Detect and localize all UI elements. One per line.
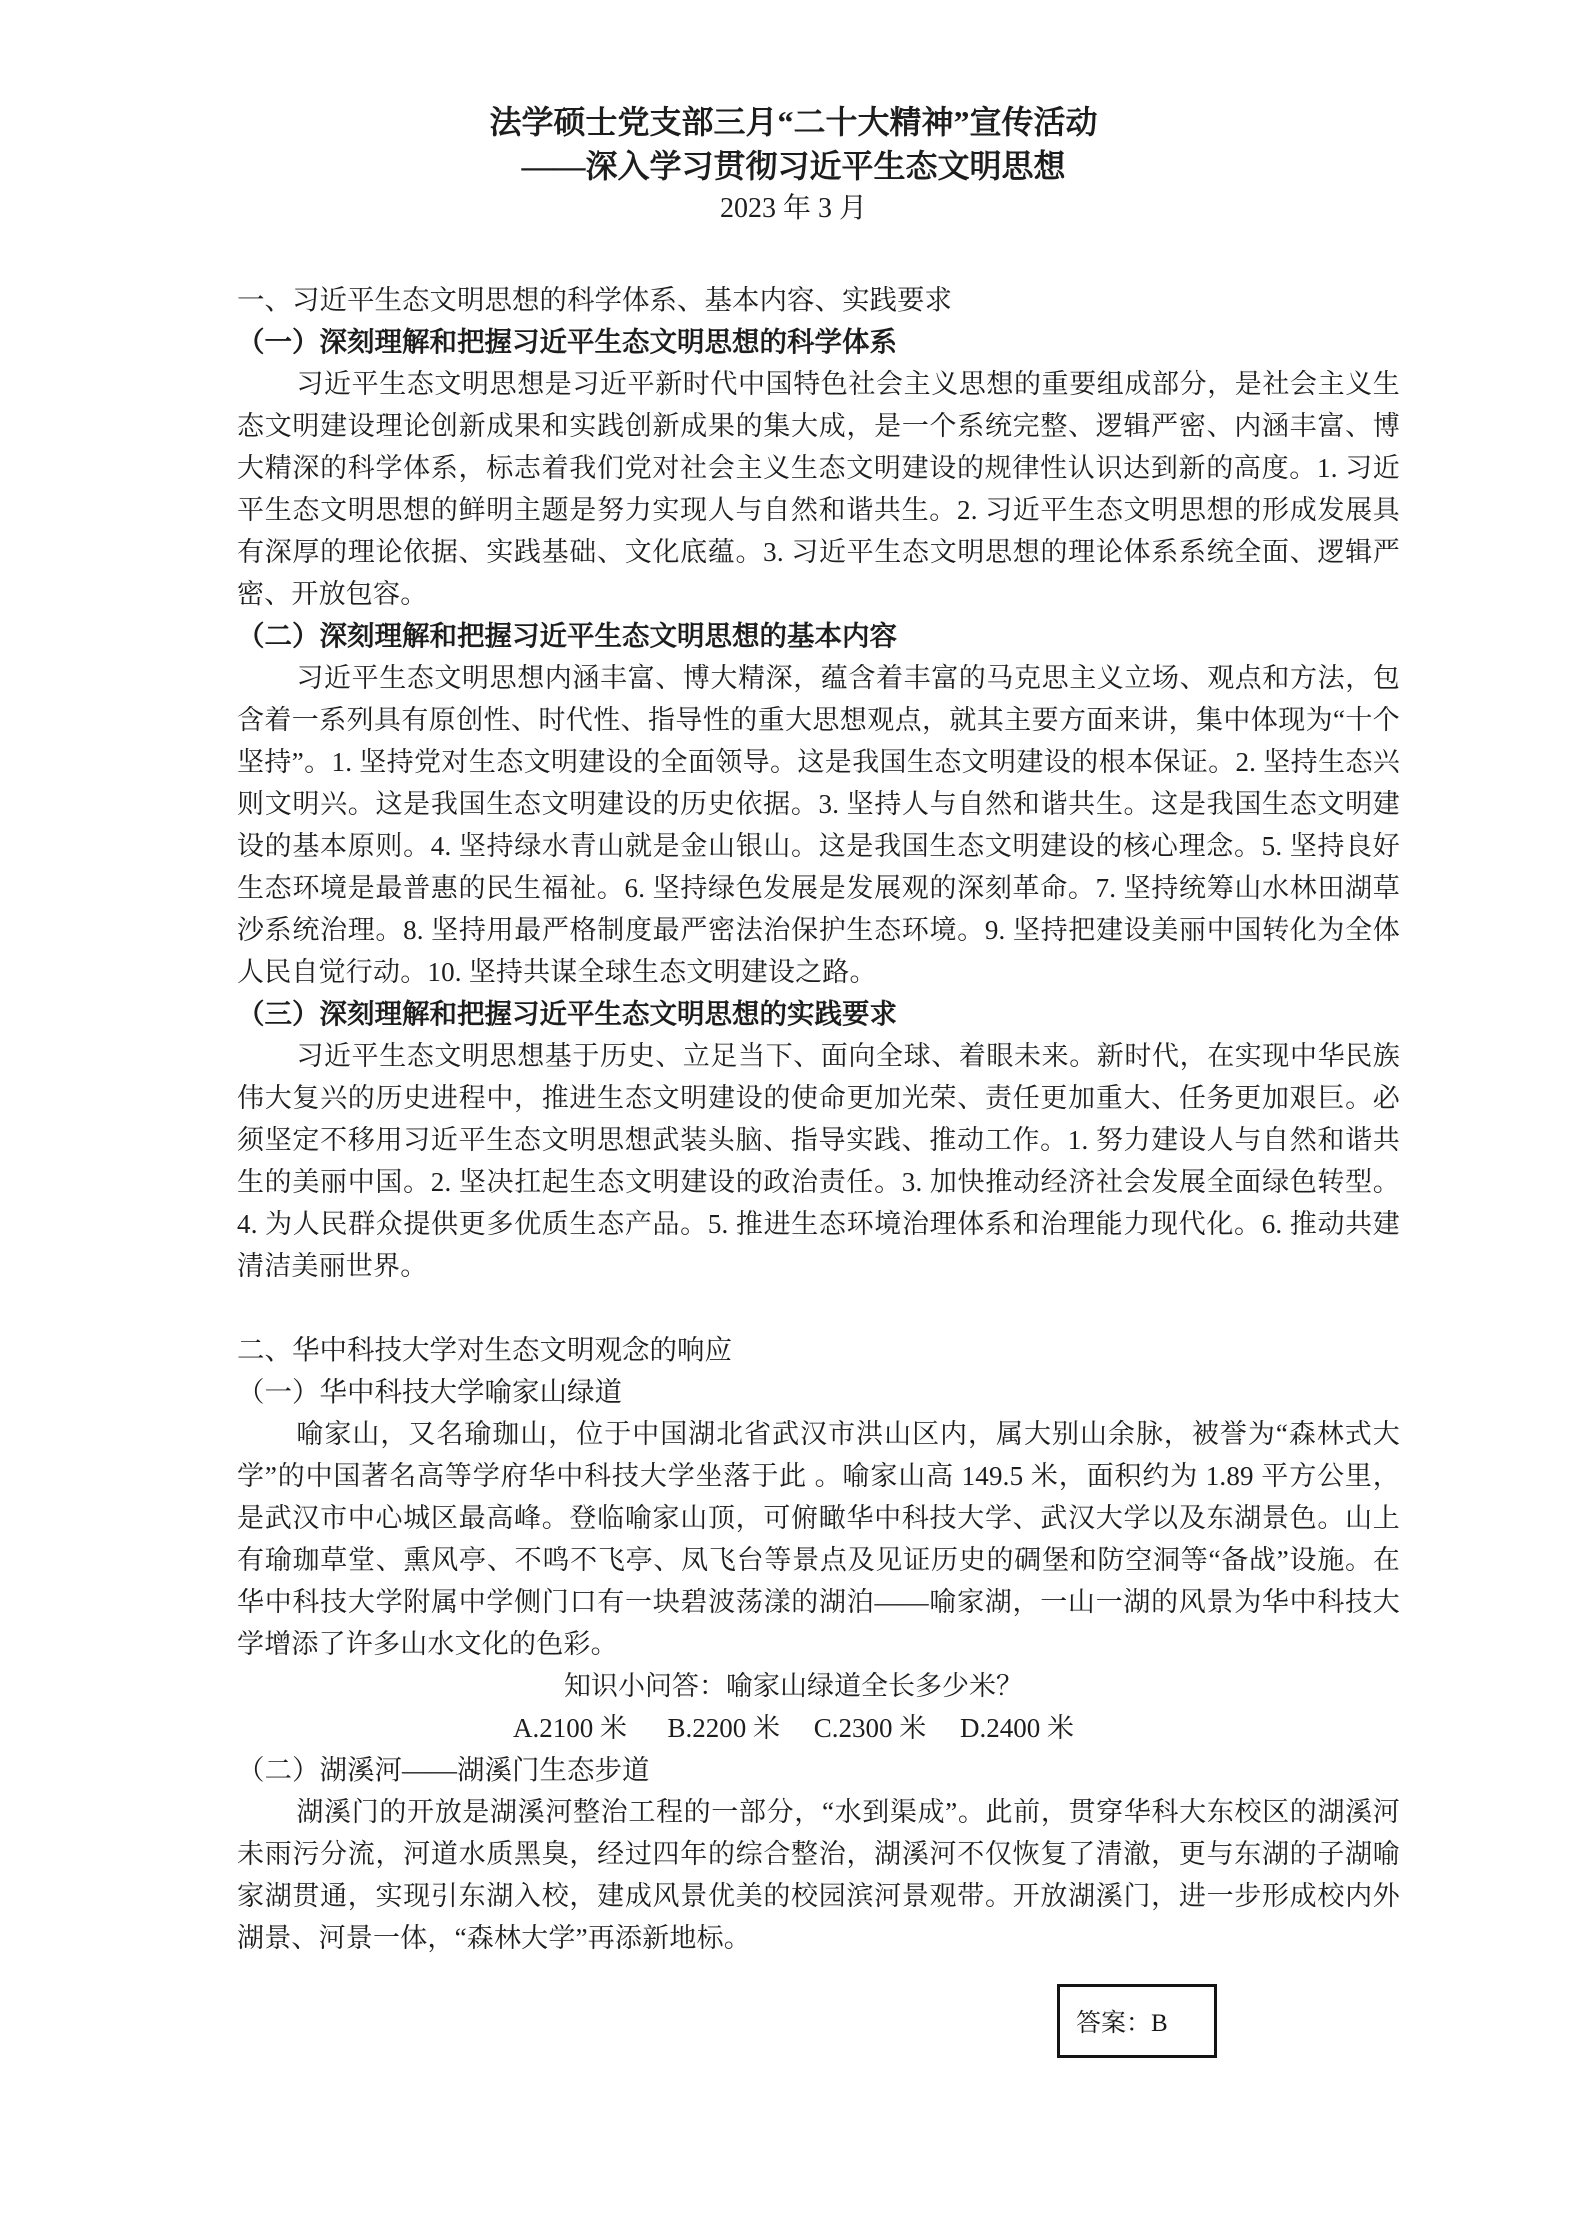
section-one-heading: 一、习近平生态文明思想的科学体系、基本内容、实践要求 <box>237 279 1400 321</box>
section-one-part3-heading: （三）深刻理解和把握习近平生态文明思想的实践要求 <box>237 993 1400 1035</box>
document-title: 法学硕士党支部三月“二十大精神”宣传活动 <box>237 100 1350 144</box>
section-two-heading: 二、华中科技大学对生态文明观念的响应 <box>237 1329 1400 1371</box>
answer-box-text: 答案：B <box>1076 2003 1168 2039</box>
section-one-part2-heading: （二）深刻理解和把握习近平生态文明思想的基本内容 <box>237 615 1400 657</box>
quiz-question: 知识小问答：喻家山绿道全长多少米？ <box>237 1665 1350 1707</box>
section-one-part1-body: 习近平生态文明思想是习近平新时代中国特色社会主义思想的重要组成部分，是社会主义生… <box>237 363 1400 615</box>
quiz-options: A.2100 米 B.2200 米 C.2300 米 D.2400 米 <box>237 1707 1350 1749</box>
section-two-part2-heading: （二）湖溪河——湖溪门生态步道 <box>237 1749 1400 1791</box>
section-two-part2-body: 湖溪门的开放是湖溪河整治工程的一部分，“水到渠成”。此前，贯穿华科大东校区的湖溪… <box>237 1791 1400 1959</box>
document-date: 2023 年 3 月 <box>237 188 1350 230</box>
section-one-part2-body: 习近平生态文明思想内涵丰富、博大精深，蕴含着丰富的马克思主义立场、观点和方法，包… <box>237 657 1400 993</box>
section-one-part1-heading: （一）深刻理解和把握习近平生态文明思想的科学体系 <box>237 321 1400 363</box>
document-subtitle: ——深入学习贯彻习近平生态文明思想 <box>237 144 1350 188</box>
section-two-part1-heading: （一）华中科技大学喻家山绿道 <box>237 1371 1400 1413</box>
section-one-part3-body: 习近平生态文明思想基于历史、立足当下、面向全球、着眼未来。新时代，在实现中华民族… <box>237 1035 1400 1287</box>
answer-box: 答案：B <box>1057 1984 1217 2058</box>
document-page: 法学硕士党支部三月“二十大精神”宣传活动 ——深入学习贯彻习近平生态文明思想 2… <box>0 0 1587 2216</box>
section-two-part1-body: 喻家山，又名瑜珈山，位于中国湖北省武汉市洪山区内，属大别山余脉，被誉为“森林式大… <box>237 1413 1400 1665</box>
